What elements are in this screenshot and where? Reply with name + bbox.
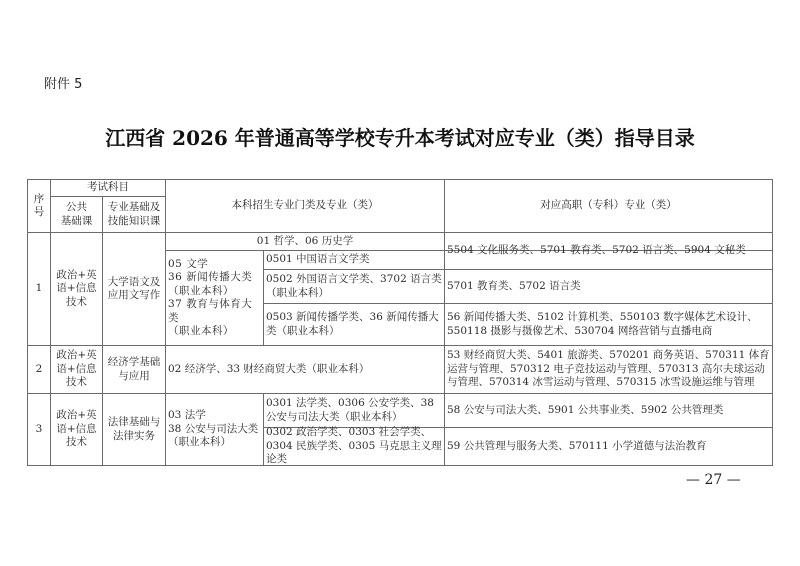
header-exam-subjects: 考试科目 [51,180,165,196]
header-public-course: 公共 基础课 [51,197,102,232]
attachment-label: 附件 5 [44,73,82,92]
row3-vocational-b: 59 公共管理与服务大类、570111 小学道德与法治教育 [445,428,772,465]
row1-major-foreign: 0502 外国语言文学类、3702 语言类（职业本科） [264,270,444,303]
header-seq: 序 号 [28,180,50,232]
row3-vocational-a: 58 公安与司法大类、5901 公共事业类、5902 公共管理类 [445,394,772,427]
row3-professional-course: 法律基础与 法律实务 [103,394,165,465]
header-vocational-majors: 对应高职（专科）专业（类） [445,180,772,232]
row2-vocational: 53 财经商贸大类、5401 旅游类、570201 商务英语、570311 体育… [445,346,772,393]
row2-seq: 2 [28,346,50,393]
header-undergrad-majors: 本科招生专业门类及专业（类） [166,180,444,232]
row2-category: 02 经济学、33 财经商贸大类（职业本科） [166,346,444,393]
row3-public-course: 政治+英 语+信息 技术 [51,394,102,465]
page-number: — 27 — [686,472,741,488]
row1-major-chinese: 0501 中国语言文学类 [264,251,444,269]
row1-vocational-a: 5504 文化服务类、5701 教育类、5702 语言类、5904 文秘类 [445,233,772,269]
guidance-table: 序 号 考试科目 公共 基础课 专业基础及 技能知识课 本科招生专业门类及专业（… [27,179,773,465]
row1-category-philosophy-history: 01 哲学、06 历史学 [166,233,444,250]
row1-category-literature: 05 文学 36 新闻传播大类 （职业本科） 37 教育与体育大类 （职业本科） [166,251,263,345]
row3-seq: 3 [28,394,50,465]
header-professional-course: 专业基础及 技能知识课 [103,197,165,232]
row3-category: 03 法学 38 公安与司法大类 （职业本科） [166,394,263,465]
row1-major-journalism: 0503 新闻传播学类、36 新闻传播大类（职业本科） [264,304,444,345]
row2-professional-course: 经济学基础 与应用 [103,346,165,393]
row3-major-law: 0301 法学类、0306 公安学类、38 公安与司法大类（职业本科） [264,394,444,427]
row1-seq: 1 [28,233,50,345]
row1-vocational-c: 56 新闻传播大类、5102 计算机类、550103 数字媒体艺术设计、5501… [445,304,772,345]
row3-major-politics: 0302 政治学类、0303 社会学类、0304 民族学类、0305 马克思主义… [264,428,444,465]
row1-vocational-b: 5701 教育类、5702 语言类 [445,270,772,303]
page-title: 江西省 2026 年普通高等学校专升本考试对应专业（类）指导目录 [0,122,800,151]
row1-professional-course: 大学语文及 应用文写作 [103,233,165,345]
table-border-right [772,179,773,466]
row2-public-course: 政治+英 语+信息 技术 [51,346,102,393]
row1-public-course: 政治+英 语+信息 技术 [51,233,102,345]
